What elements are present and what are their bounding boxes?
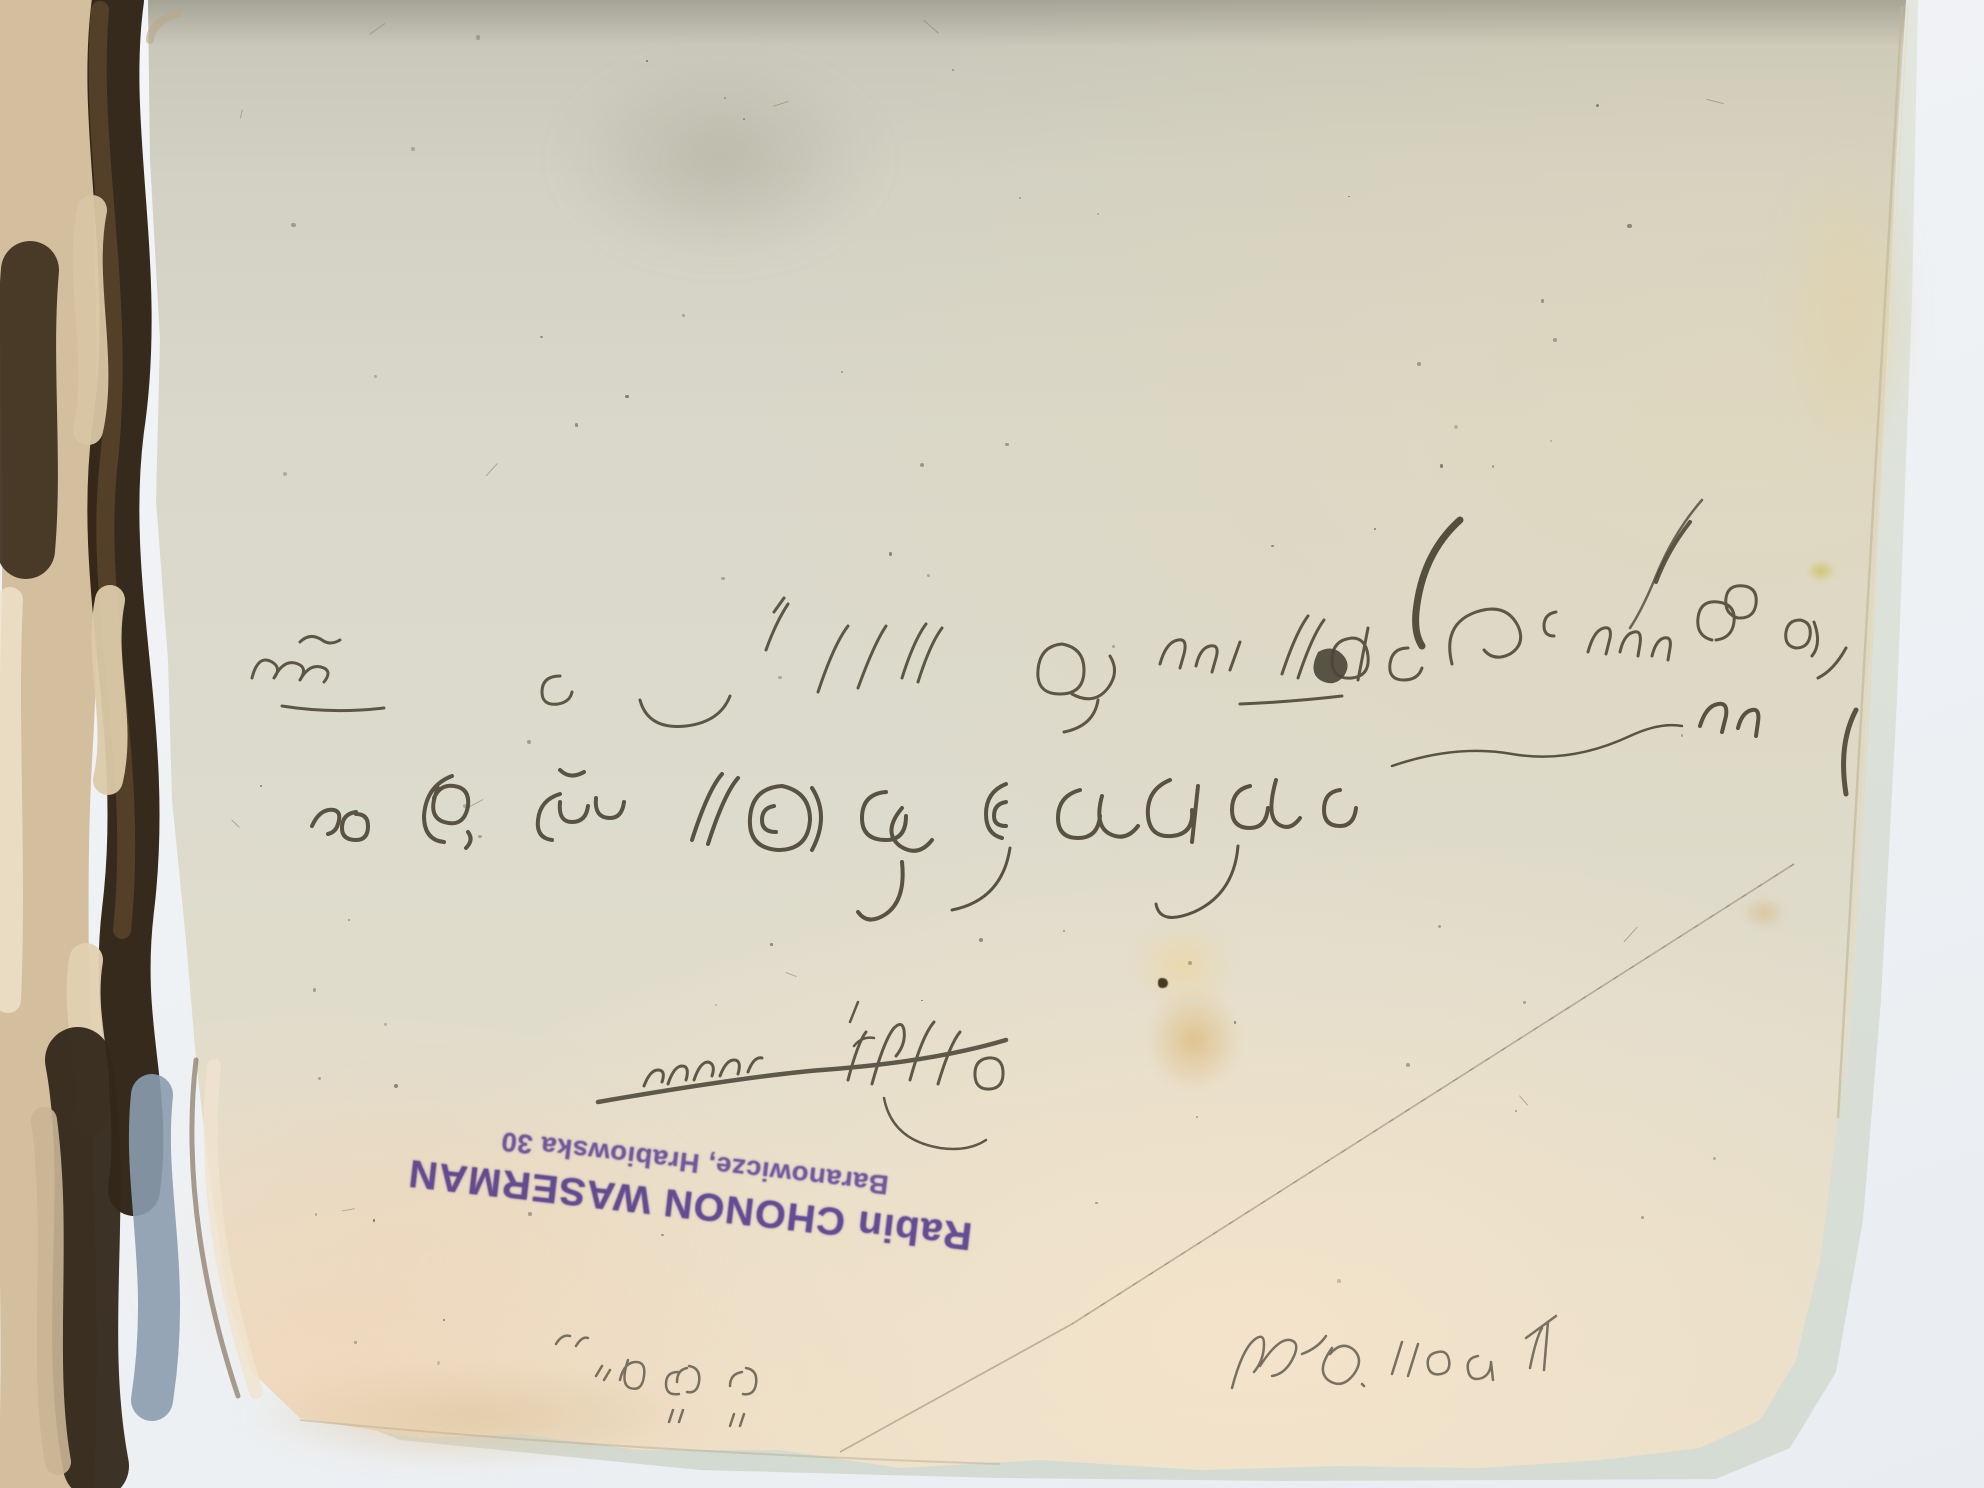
book-page <box>0 0 1984 1488</box>
photo-of-old-book-page: Rabin CHONON WASERMAN Baranowicze, Hrabi… <box>0 0 1984 1488</box>
